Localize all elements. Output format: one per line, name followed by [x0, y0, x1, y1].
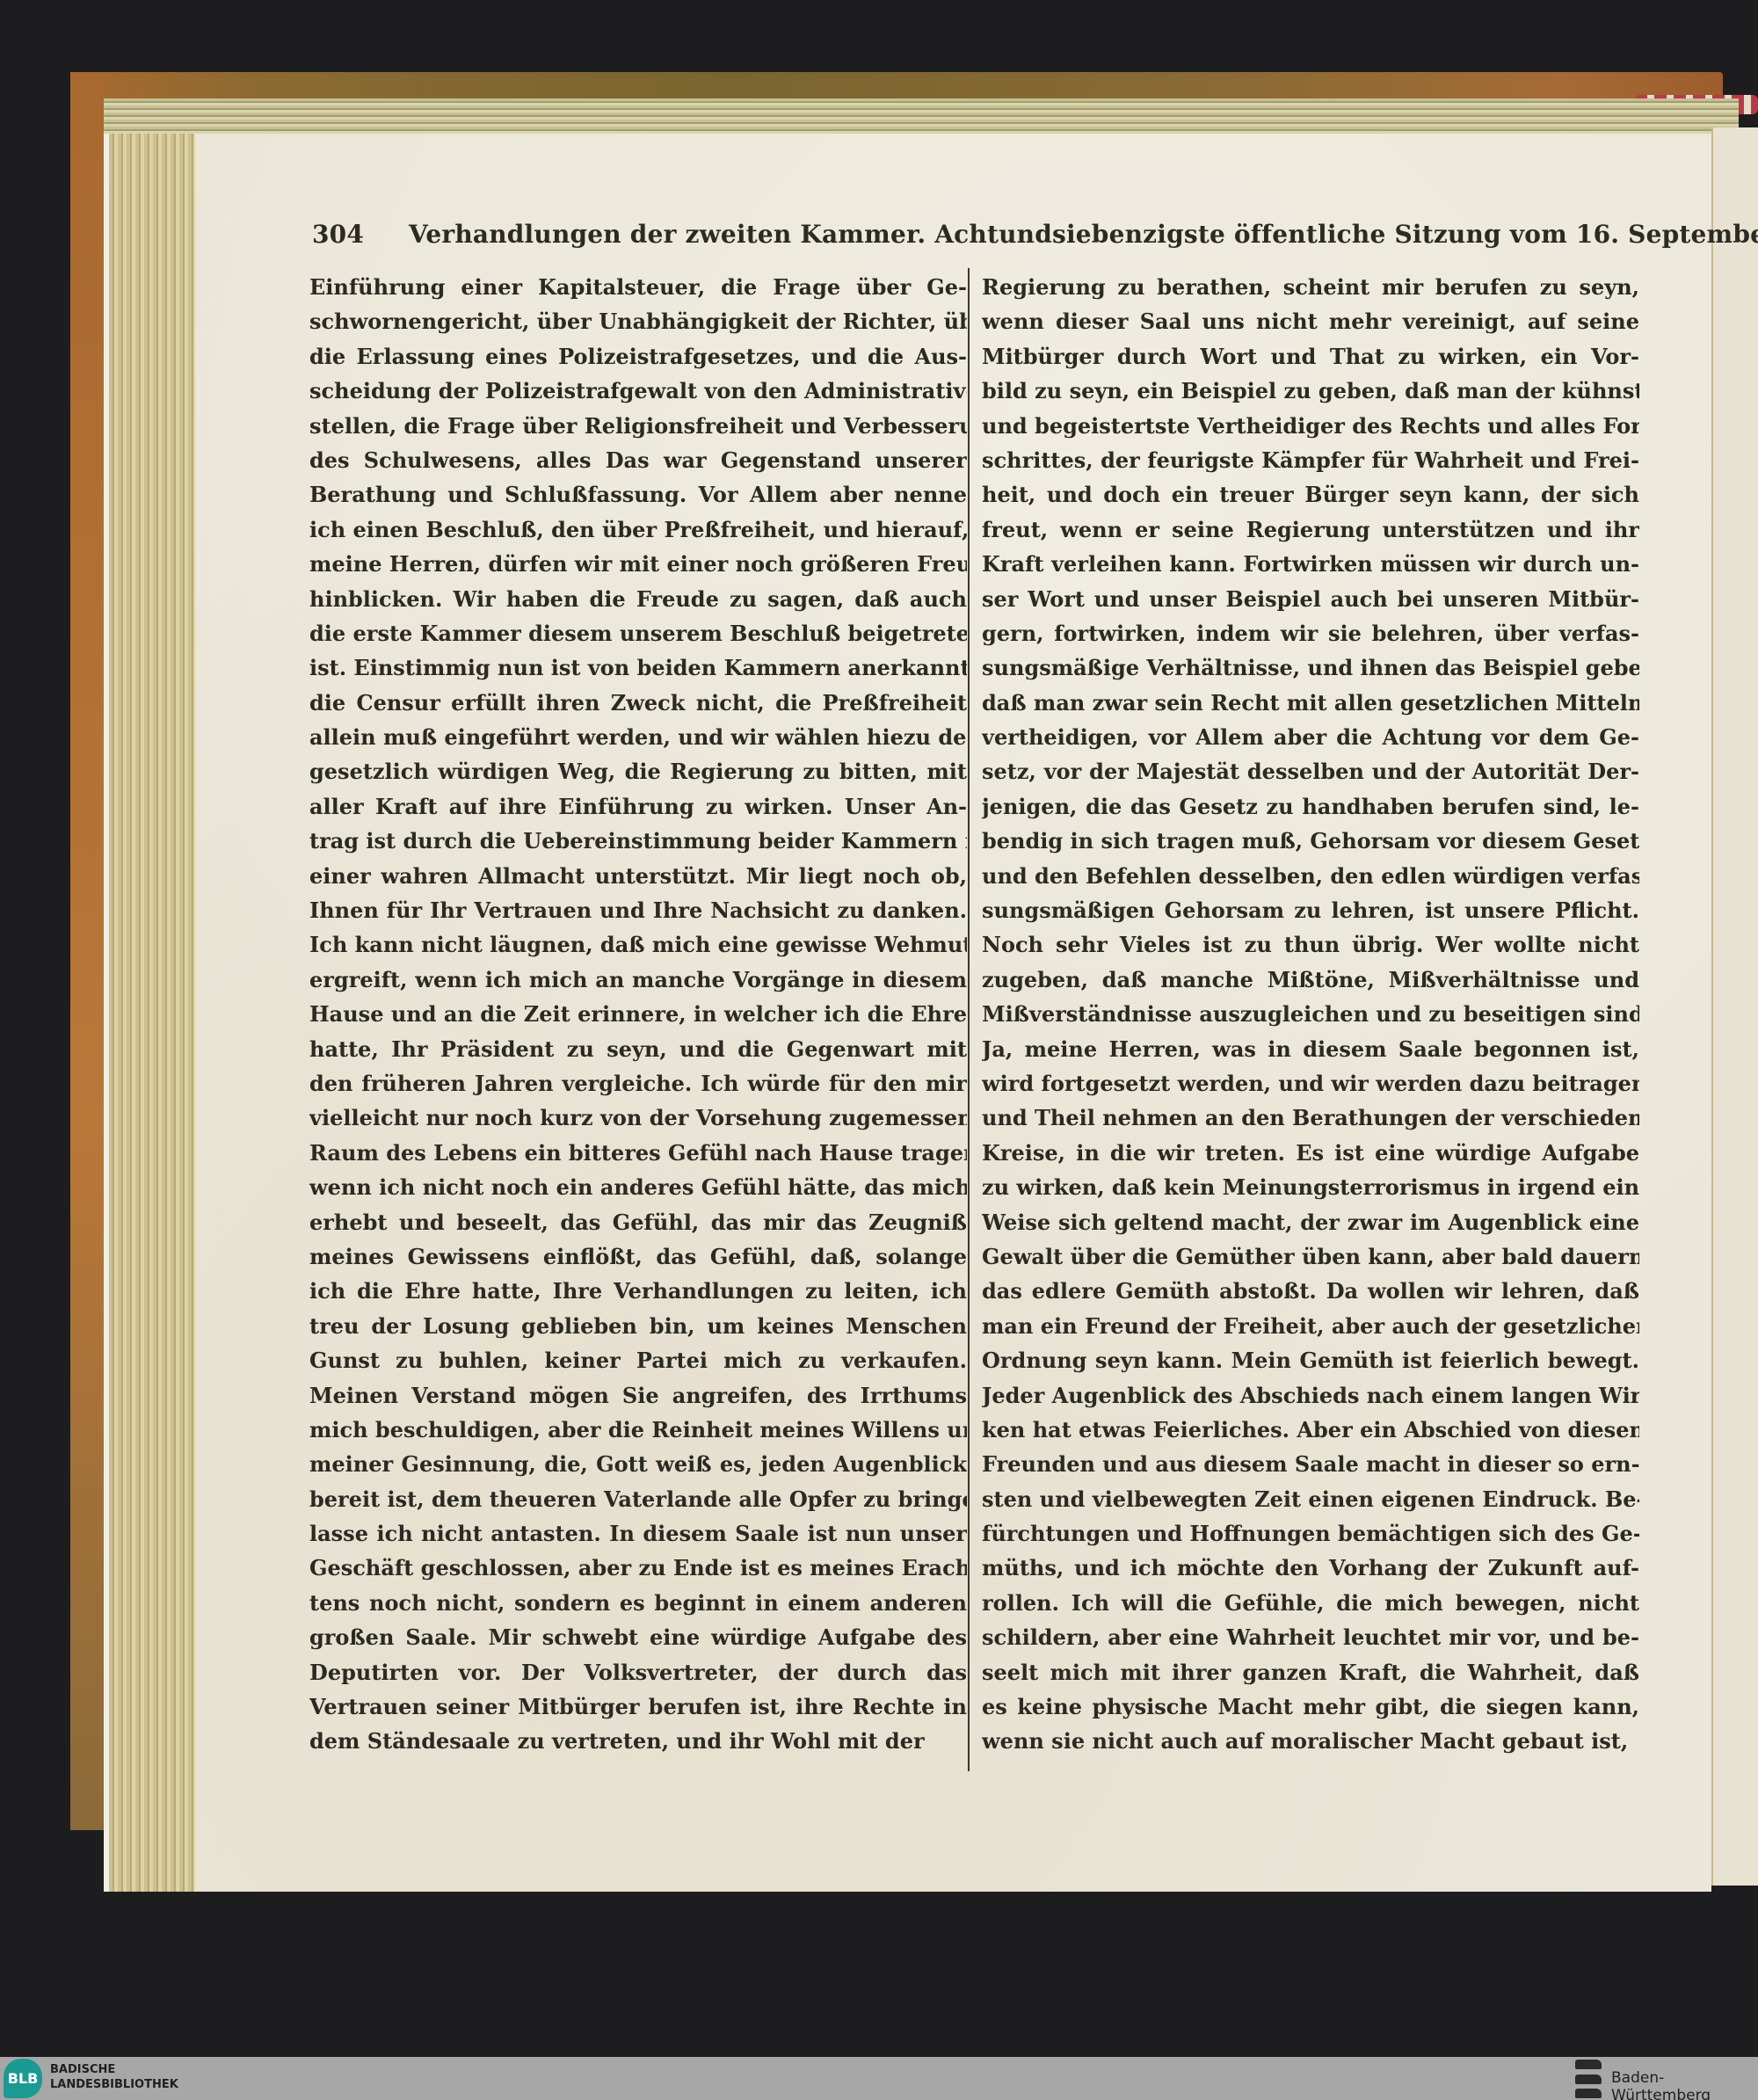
text-column-right: Regierung zu berathen, scheint mir beruf… — [982, 270, 1639, 1759]
text-line: jenigen, die das Gesetz zu handhaben ber… — [982, 789, 1639, 824]
text-line: mich beschuldigen, aber die Reinheit mei… — [309, 1413, 967, 1447]
text-line: den früheren Jahren vergleiche. Ich würd… — [309, 1066, 967, 1101]
text-line: Gunst zu buhlen, keiner Partei mich zu v… — [309, 1343, 967, 1377]
text-line: bendig in sich tragen muß, Gehorsam vor … — [982, 824, 1639, 858]
text-line: Regierung zu berathen, scheint mir beruf… — [982, 270, 1639, 304]
text-line: freut, wenn er seine Regierung unterstüt… — [982, 512, 1639, 547]
blb-logo-icon[interactable]: BLB — [4, 2059, 42, 2098]
text-line: trag ist durch die Uebereinstimmung beid… — [309, 824, 967, 858]
text-line: aller Kraft auf ihre Einführung zu wirke… — [309, 789, 967, 824]
text-line: lasse ich nicht antasten. In diesem Saal… — [309, 1516, 967, 1551]
text-line: wenn sie nicht auch auf moralischer Mach… — [982, 1724, 1639, 1758]
text-line: Deputirten vor. Der Volksvertreter, der … — [309, 1655, 967, 1689]
text-line: Kraft verleihen kann. Fortwirken müssen … — [982, 547, 1639, 581]
text-line: Ja, meine Herren, was in diesem Saale be… — [982, 1032, 1639, 1066]
text-line: ser Wort und unser Beispiel auch bei uns… — [982, 582, 1639, 616]
text-line: wird fortgesetzt werden, und wir werden … — [982, 1066, 1639, 1101]
text-line: treu der Losung geblieben bin, um keines… — [309, 1309, 967, 1343]
text-line: ergreift, wenn ich mich an manche Vorgän… — [309, 963, 967, 997]
facing-page-edge — [1711, 127, 1758, 1886]
text-line: hatte, Ihr Präsident zu seyn, und die Ge… — [309, 1032, 967, 1066]
text-line: sungsmäßigen Gehorsam zu lehren, ist uns… — [982, 893, 1639, 927]
text-line: Geschäft geschlossen, aber zu Ende ist e… — [309, 1551, 967, 1585]
text-line: ken hat etwas Feierliches. Aber ein Absc… — [982, 1413, 1639, 1447]
text-line: ist. Einstimmig nun ist von beiden Kamme… — [309, 650, 967, 685]
page-edges-left — [104, 98, 201, 1892]
text-line: Mißverständnisse auszugleichen und zu be… — [982, 997, 1639, 1031]
text-line: ich die Ehre hatte, Ihre Verhandlungen z… — [309, 1274, 967, 1308]
text-line: Mitbürger durch Wort und That zu wirken,… — [982, 339, 1639, 374]
text-line: stellen, die Frage über Religionsfreihei… — [309, 409, 967, 443]
page-number: 304 — [312, 220, 409, 249]
text-line: das edlere Gemüth abstoßt. Da wollen wir… — [982, 1274, 1639, 1308]
book-cover-left — [70, 72, 105, 1830]
three-lions-crest-icon — [1575, 2060, 1602, 2098]
text-line: zugeben, daß manche Mißtöne, Mißverhältn… — [982, 963, 1639, 997]
text-line: bild zu seyn, ein Beispiel zu geben, daß… — [982, 374, 1639, 408]
text-line: fürchtungen und Hoffnungen bemächtigen s… — [982, 1516, 1639, 1551]
text-line: es keine physische Macht mehr gibt, die … — [982, 1689, 1639, 1724]
text-line: sungsmäßige Verhältnisse, und ihnen das … — [982, 650, 1639, 685]
text-line: müths, und ich möchte den Vorhang der Zu… — [982, 1551, 1639, 1585]
text-line: meine Herren, dürfen wir mit einer noch … — [309, 547, 967, 581]
text-line: tens noch nicht, sondern es beginnt in e… — [309, 1586, 967, 1620]
text-line: und begeistertste Vertheidiger des Recht… — [982, 409, 1639, 443]
state-name[interactable]: Baden-Württemberg — [1611, 2069, 1758, 2100]
text-line: schrittes, der feurigste Kämpfer für Wah… — [982, 443, 1639, 477]
text-line: die Censur erfüllt ihren Zweck nicht, di… — [309, 686, 967, 720]
text-line: vertheidigen, vor Allem aber die Achtung… — [982, 720, 1639, 754]
text-line: großen Saale. Mir schwebt eine würdige A… — [309, 1620, 967, 1654]
text-line: setz, vor der Majestät desselben und der… — [982, 754, 1639, 788]
footer-bar — [0, 2057, 1758, 2100]
text-line: gesetzlich würdigen Weg, die Regierung z… — [309, 754, 967, 788]
text-line: Raum des Lebens ein bitteres Gefühl nach… — [309, 1136, 967, 1170]
text-line: schwornengericht, über Unabhängigkeit de… — [309, 304, 967, 338]
text-line: Ich kann nicht läugnen, daß mich eine ge… — [309, 927, 967, 962]
text-line: allein muß eingeführt werden, und wir wä… — [309, 720, 967, 754]
text-column-left: Einführung einer Kapitalsteuer, die Frag… — [309, 270, 967, 1759]
text-line: man ein Freund der Freiheit, aber auch d… — [982, 1309, 1639, 1343]
text-line: zu wirken, daß kein Meinungsterrorismus … — [982, 1170, 1639, 1204]
text-line: vielleicht nur noch kurz von der Vorsehu… — [309, 1101, 967, 1135]
text-line: scheidung der Polizeistrafgewalt von den… — [309, 374, 967, 408]
text-line: erhebt und beseelt, das Gefühl, das mir … — [309, 1205, 967, 1239]
library-name[interactable]: BADISCHE LANDESBIBLIOTHEK — [50, 2062, 178, 2092]
text-line: Hause und an die Zeit erinnere, in welch… — [309, 997, 967, 1031]
text-line: heit, und doch ein treuer Bürger seyn ka… — [982, 477, 1639, 512]
text-line: Berathung und Schlußfassung. Vor Allem a… — [309, 477, 967, 512]
text-line: Weise sich geltend macht, der zwar im Au… — [982, 1205, 1639, 1239]
text-line: Kreise, in die wir treten. Es ist eine w… — [982, 1136, 1639, 1170]
text-line: Ordnung seyn kann. Mein Gemüth ist feier… — [982, 1343, 1639, 1377]
running-head: 304Verhandlungen der zweiten Kammer. Ach… — [312, 220, 1543, 255]
text-line: ich einen Beschluß, den über Preßfreihei… — [309, 512, 967, 547]
text-line: meiner Gesinnung, die, Gott weiß es, jed… — [309, 1447, 967, 1481]
text-line: rollen. Ich will die Gefühle, die mich b… — [982, 1586, 1639, 1620]
running-head-title: Verhandlungen der zweiten Kammer. Achtun… — [409, 220, 1758, 249]
library-name-line2: LANDESBIBLIOTHEK — [50, 2077, 178, 2092]
text-line: und Theil nehmen an den Berathungen der … — [982, 1101, 1639, 1135]
text-line: Jeder Augenblick des Abschieds nach eine… — [982, 1378, 1639, 1413]
text-line: Gewalt über die Gemüther üben kann, aber… — [982, 1239, 1639, 1274]
text-line: des Schulwesens, alles Das war Gegenstan… — [309, 443, 967, 477]
page-edges-top — [104, 98, 1739, 134]
text-line: Vertrauen seiner Mitbürger berufen ist, … — [309, 1689, 967, 1724]
text-line: seelt mich mit ihrer ganzen Kraft, die W… — [982, 1655, 1639, 1689]
library-name-line1: BADISCHE — [50, 2062, 178, 2077]
text-line: Noch sehr Vieles ist zu thun übrig. Wer … — [982, 927, 1639, 962]
text-line: die Erlassung eines Polizeistrafgesetzes… — [309, 339, 967, 374]
text-line: gern, fortwirken, indem wir sie belehren… — [982, 616, 1639, 650]
text-line: einer wahren Allmacht unterstützt. Mir l… — [309, 859, 967, 893]
text-line: hinblicken. Wir haben die Freude zu sage… — [309, 582, 967, 616]
text-line: Freunden und aus diesem Saale macht in d… — [982, 1447, 1639, 1481]
column-divider — [968, 268, 970, 1771]
text-line: Meinen Verstand mögen Sie angreifen, des… — [309, 1378, 967, 1413]
text-line: Einführung einer Kapitalsteuer, die Frag… — [309, 270, 967, 304]
text-line: bereit ist, dem theueren Vaterlande alle… — [309, 1482, 967, 1516]
text-line: die erste Kammer diesem unserem Beschluß… — [309, 616, 967, 650]
text-line: sten und vielbewegten Zeit einen eigenen… — [982, 1482, 1639, 1516]
text-line: wenn dieser Saal uns nicht mehr vereinig… — [982, 304, 1639, 338]
text-line: dem Ständesaale zu vertreten, und ihr Wo… — [309, 1724, 967, 1758]
text-line: Ihnen für Ihr Vertrauen und Ihre Nachsic… — [309, 893, 967, 927]
text-line: schildern, aber eine Wahrheit leuchtet m… — [982, 1620, 1639, 1654]
text-line: meines Gewissens einflößt, das Gefühl, d… — [309, 1239, 967, 1274]
text-line: wenn ich nicht noch ein anderes Gefühl h… — [309, 1170, 967, 1204]
text-line: daß man zwar sein Recht mit allen gesetz… — [982, 686, 1639, 720]
text-line: und den Befehlen desselben, den edlen wü… — [982, 859, 1639, 893]
